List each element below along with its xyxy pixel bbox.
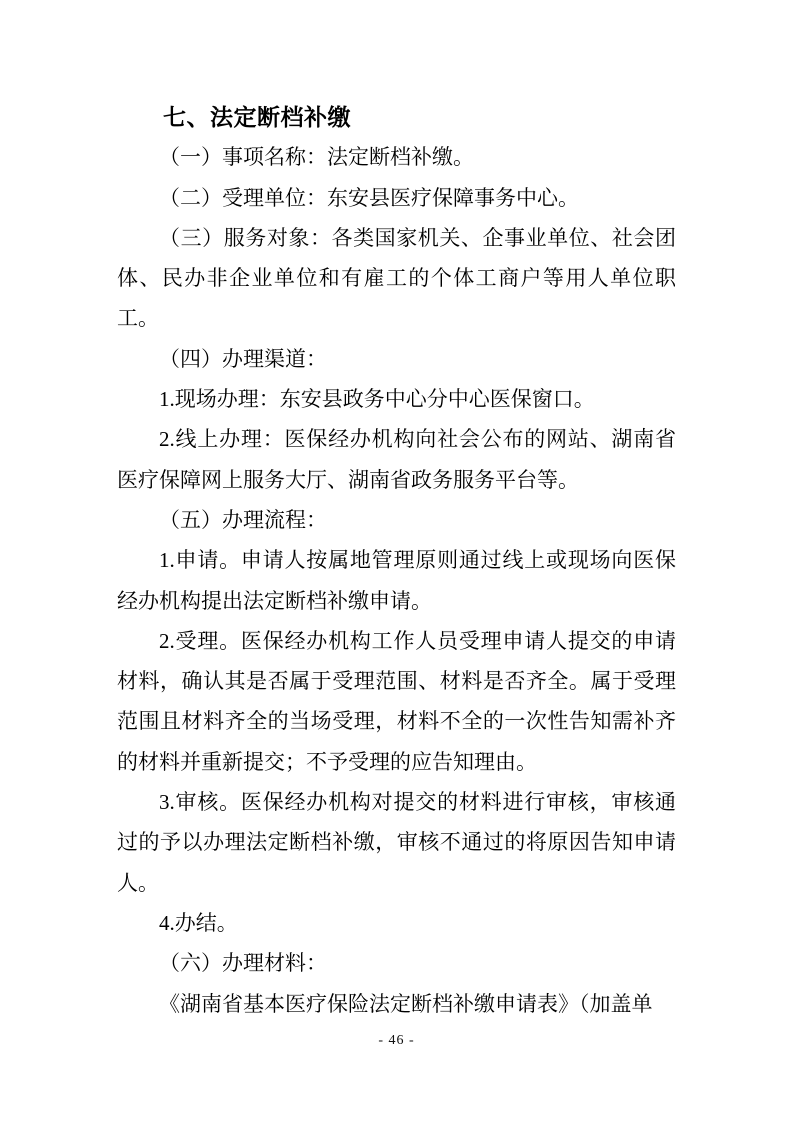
- paragraph-step-review: 3.审核。医保经办机构对提交的材料进行审核，审核通过的予以办理法定断档补缴，审核…: [117, 782, 676, 903]
- paragraph-online-handling: 2.线上办理：医保经办机构向社会公布的网站、湖南省医疗保障网上服务大厅、湖南省政…: [117, 419, 676, 500]
- paragraph-step-apply: 1.申请。申请人按属地管理原则通过线上或现场向医保经办机构提出法定断档补缴申请。: [117, 540, 676, 621]
- paragraph-service-targets: （三）服务对象：各类国家机关、企事业单位、社会团体、民办非企业单位和有雇工的个体…: [117, 218, 676, 339]
- document-page: 七、法定断档补缴 （一）事项名称：法定断档补缴。 （二）受理单位：东安县医疗保障…: [0, 0, 793, 1122]
- paragraph-onsite-handling: 1.现场办理：东安县政务中心分中心医保窗口。: [117, 379, 676, 419]
- paragraph-handling-process: （五）办理流程：: [117, 500, 676, 540]
- paragraph-item-name: （一）事项名称：法定断档补缴。: [117, 137, 676, 177]
- paragraph-application-form: 《湖南省基本医疗保险法定断档补缴申请表》（加盖单: [117, 984, 676, 1024]
- paragraph-accepting-unit: （二）受理单位：东安县医疗保障事务中心。: [117, 178, 676, 218]
- section-heading: 七、法定断档补缴: [117, 97, 676, 137]
- paragraph-handling-materials: （六）办理材料：: [117, 943, 676, 983]
- paragraph-step-complete: 4.办结。: [117, 903, 676, 943]
- paragraph-handling-channels: （四）办理渠道：: [117, 339, 676, 379]
- page-number: - 46 -: [378, 1033, 414, 1048]
- paragraph-step-accept: 2.受理。医保经办机构工作人员受理申请人提交的申请材料，确认其是否属于受理范围、…: [117, 621, 676, 782]
- document-body: 七、法定断档补缴 （一）事项名称：法定断档补缴。 （二）受理单位：东安县医疗保障…: [117, 97, 676, 1024]
- page-footer: - 46 -: [0, 1033, 793, 1049]
